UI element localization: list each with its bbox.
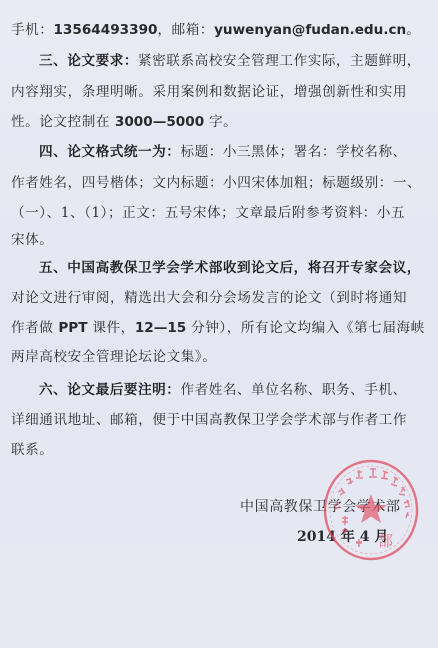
section-4-line-1: 四、论文格式统一为：标题：小三黑体；署名：学校名称、 bbox=[39, 143, 438, 161]
section-4-line-3: （一）、1、（1）；正文：五号宋体；文章最后附参考资料：小五 bbox=[11, 204, 411, 222]
signature-date: 2014 年 4 月 bbox=[297, 528, 388, 546]
email-address: yuwenyan@fudan.edu.cn bbox=[214, 22, 406, 38]
text: 字。 bbox=[204, 114, 237, 130]
section-5-line-3: 作者做 PPT 课件，12—15 分钟），所有论文均编入《第七届海峡 bbox=[11, 319, 411, 337]
section-3-text: 紧密联系高校安全管理工作实际，主题鲜明， bbox=[138, 53, 421, 69]
section-3-line-2: 内容翔实，条理明晰。采用案例和数据论证，增强创新性和实用 bbox=[11, 83, 411, 101]
ppt-label: PPT bbox=[58, 320, 87, 336]
section-6-heading: 六、论文最后要注明： bbox=[39, 382, 180, 398]
section-6-text: 作者姓名、单位名称、职务、手机、 bbox=[180, 382, 406, 398]
text: 作者做 bbox=[11, 320, 58, 336]
text: 课件， bbox=[88, 320, 135, 336]
section-4-line-4: 宋体。 bbox=[11, 231, 411, 249]
duration-range: 12—15 bbox=[135, 320, 186, 336]
text: 性。论文控制在 bbox=[11, 114, 115, 130]
document-page: 手机：13564493390，邮箱：yuwenyan@fudan.edu.cn。… bbox=[0, 0, 438, 648]
period: 。 bbox=[406, 22, 420, 38]
section-4-text: 标题：小三黑体；署名：学校名称、 bbox=[180, 144, 406, 160]
section-6-line-3: 联系。 bbox=[11, 441, 411, 459]
signature-organization: 中国高教保卫学会学术部 bbox=[240, 498, 401, 516]
email-label: ，邮箱： bbox=[157, 22, 214, 38]
phone-label: 手机： bbox=[11, 22, 53, 38]
section-4-line-2: 作者姓名，四号楷体；文内标题：小四宋体加粗；标题级别：一、 bbox=[11, 174, 411, 192]
section-5-line-4: 两岸高校安全管理论坛论文集》。 bbox=[11, 348, 411, 366]
text: 分钟），所有论文均编入《第七届海峡 bbox=[186, 320, 425, 336]
section-4-heading: 四、论文格式统一为： bbox=[39, 144, 180, 160]
section-3-heading: 三、论文要求： bbox=[39, 53, 138, 69]
section-5-heading: 五、中国高教保卫学会学术部收到论文后，将召开专家会议， bbox=[39, 259, 438, 277]
contact-line: 手机：13564493390，邮箱：yuwenyan@fudan.edu.cn。 bbox=[11, 21, 411, 39]
section-3-line-1: 三、论文要求：紧密联系高校安全管理工作实际，主题鲜明， bbox=[39, 52, 438, 70]
word-count-range: 3000—5000 bbox=[115, 114, 204, 130]
phone-number: 13564493390 bbox=[53, 22, 157, 38]
section-5-line-2: 对论文进行审阅，精选出大会和分会场发言的论文（到时将通知 bbox=[11, 289, 411, 307]
section-3-line-3: 性。论文控制在 3000—5000 字。 bbox=[11, 113, 411, 131]
section-6-line-2: 详细通讯地址、邮箱，便于中国高教保卫学会学术部与作者工作 bbox=[11, 411, 411, 429]
section-6-line-1: 六、论文最后要注明：作者姓名、单位名称、职务、手机、 bbox=[39, 381, 438, 399]
